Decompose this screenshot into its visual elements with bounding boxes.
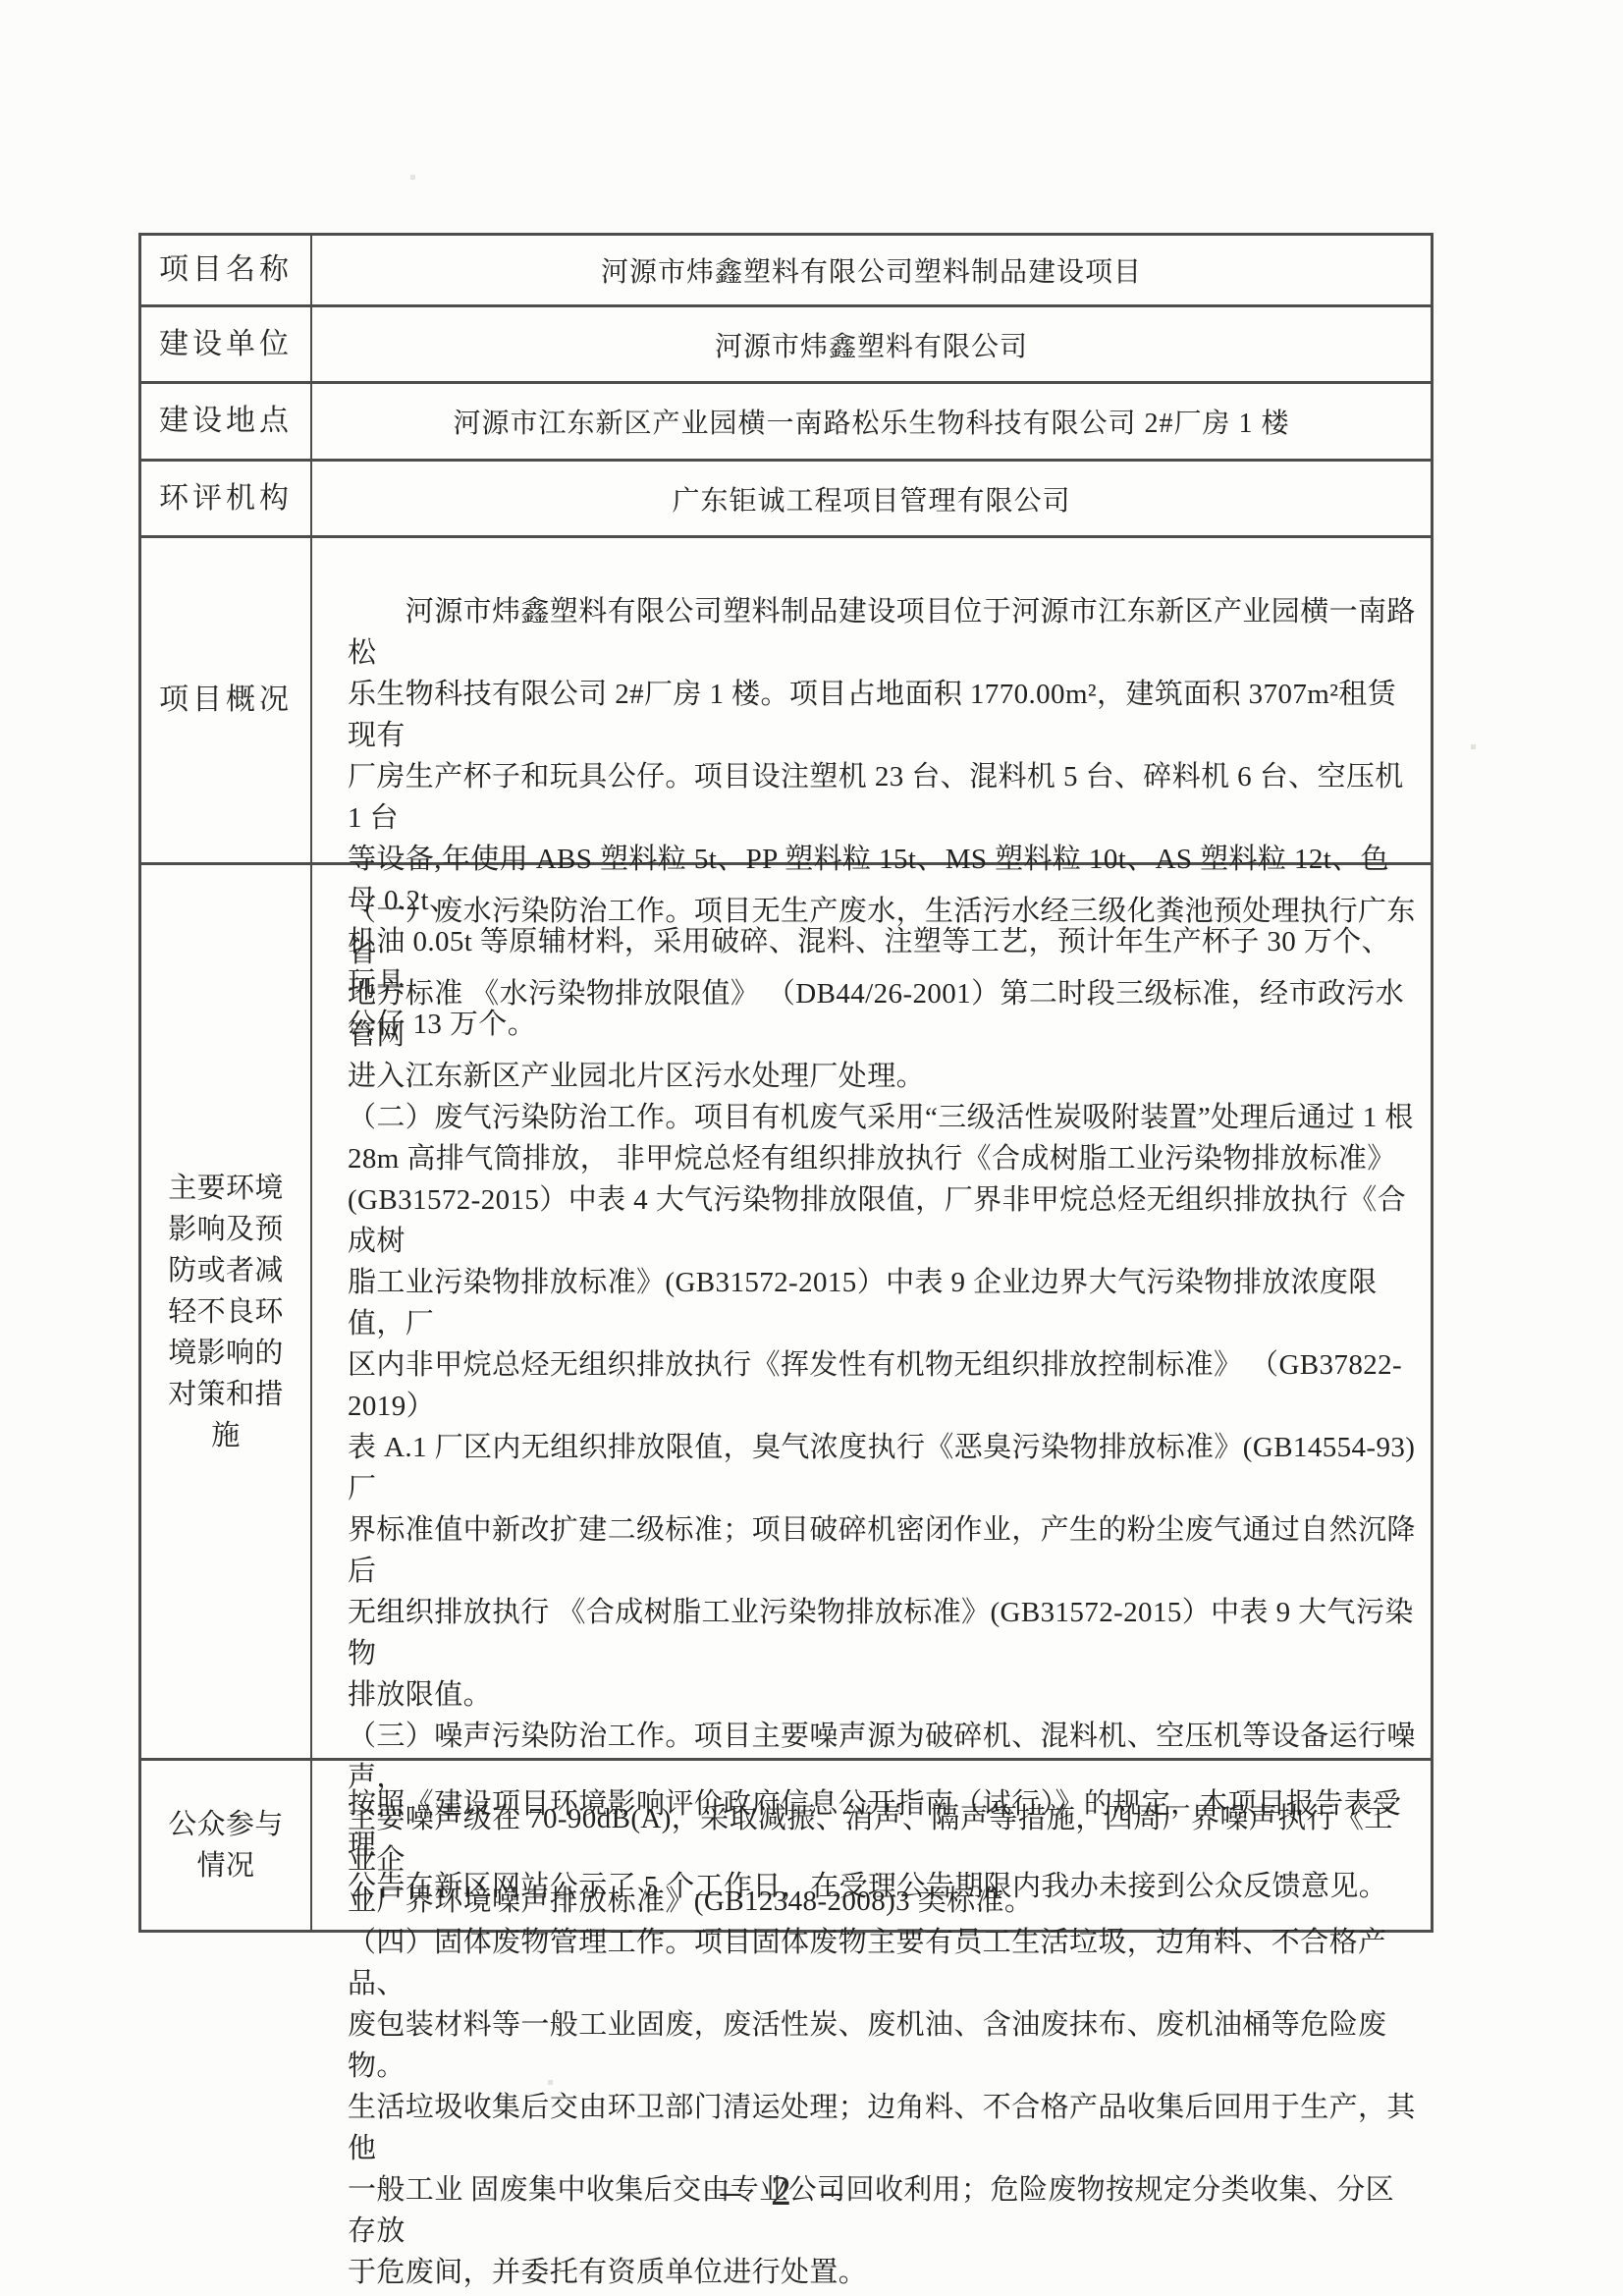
row-label: 建设单位 [141,307,312,381]
page-number: – 2 – [138,2168,1434,2215]
environmental-measures-text: （一）废水污染防治工作。项目无生产废水，生活污水经三级化粪池预处理执行广东省 地… [348,891,1417,2293]
row-label: 主要环境 影响及预 防或者减 轻不良环 境影响的 对策和措 施 [141,865,312,1758]
table-row-construction-site: 建设地点 河源市江东新区产业园横一南路松乐生物科技有限公司 2#厂房 1 楼 [141,384,1431,462]
row-value: （一）废水污染防治工作。项目无生产废水，生活污水经三级化粪池预处理执行广东省 地… [312,865,1431,1758]
row-label: 公众参与 情况 [141,1761,312,1930]
table-row-project-overview: 项目概况 河源市炜鑫塑料有限公司塑料制品建设项目位于河源市江东新区产业园横一南路… [141,538,1431,865]
scan-speckles [0,0,1,1]
row-value: 河源市炜鑫塑料有限公司 [312,307,1431,381]
row-label: 项目概况 [141,538,312,862]
row-label: 项目名称 [141,236,312,304]
table-row-construction-unit: 建设单位 河源市炜鑫塑料有限公司 [141,307,1431,384]
row-value: 河源市炜鑫塑料有限公司塑料制品建设项目位于河源市江东新区产业园横一南路松 乐生物… [312,538,1431,862]
table-row-environmental-measures: 主要环境 影响及预 防或者减 轻不良环 境影响的 对策和措 施 （一）废水污染防… [141,865,1431,1761]
row-value: 按照《建设项目环境影响评价政府信息公开指南（试行）》的规定，本项目报告表受理 公… [312,1761,1431,1930]
row-value: 河源市江东新区产业园横一南路松乐生物科技有限公司 2#厂房 1 楼 [312,384,1431,459]
row-label: 环评机构 [141,462,312,535]
table-row-eia-agency: 环评机构 广东钜诚工程项目管理有限公司 [141,462,1431,538]
row-label: 建设地点 [141,384,312,459]
scanned-document-page: 项目名称 河源市炜鑫塑料有限公司塑料制品建设项目 建设单位 河源市炜鑫塑料有限公… [0,0,1623,2296]
table-row-project-name: 项目名称 河源市炜鑫塑料有限公司塑料制品建设项目 [141,236,1431,307]
public-participation-text: 按照《建设项目环境影响评价政府信息公开指南（试行）》的规定，本项目报告表受理 公… [348,1783,1417,1907]
row-value: 广东钜诚工程项目管理有限公司 [312,462,1431,535]
table-row-public-participation: 公众参与 情况 按照《建设项目环境影响评价政府信息公开指南（试行）》的规定，本项… [141,1761,1431,1930]
eia-summary-table: 项目名称 河源市炜鑫塑料有限公司塑料制品建设项目 建设单位 河源市炜鑫塑料有限公… [138,233,1434,1933]
row-value: 河源市炜鑫塑料有限公司塑料制品建设项目 [312,236,1431,304]
